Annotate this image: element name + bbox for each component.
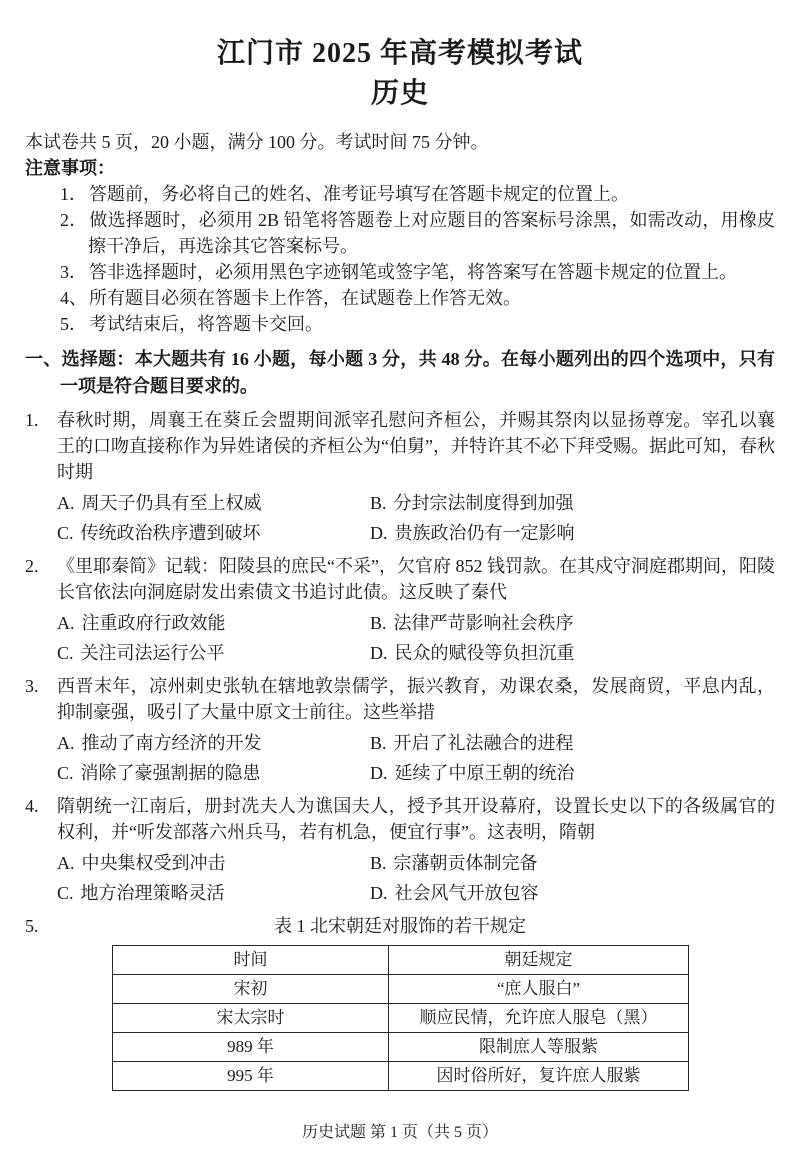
table-row: 宋初 “庶人服白” [113, 975, 689, 1004]
exam-info-line: 本试卷共 5 页，20 小题，满分 100 分。考试时间 75 分钟。 [25, 129, 775, 155]
option-c: C.传统政治秩序遭到破坏 [57, 520, 370, 546]
option-a: A.周天子仍具有至上权威 [57, 490, 370, 516]
option-label: A. [57, 853, 75, 873]
question-options: A.注重政府行政效能 B.法律严苛影响社会秩序 C.关注司法运行公平 D.民众的… [57, 610, 775, 666]
table-header-row: 时间 朝廷规定 [113, 946, 689, 975]
notice-item-text: 考试结束后，将答题卡交回。 [89, 314, 323, 334]
exam-paper-page: 江门市 2025 年高考模拟考试 历史 本试卷共 5 页，20 小题，满分 10… [0, 0, 800, 1166]
notice-item-2: 2．做选择题时，必须用 2B 铅笔将答题卷上对应题目的答案标号涂黑，如需改动，用… [60, 207, 775, 259]
option-text: 注重政府行政效能 [82, 613, 226, 633]
question-number: 5. [25, 913, 57, 1091]
option-a: A.中央集权受到冲击 [57, 850, 370, 876]
question-stem: 春秋时期，周襄王在葵丘会盟期间派宰孔慰问齐桓公，并赐其祭肉以显扬尊宠。宰孔以襄王… [57, 407, 775, 485]
question-options: A.中央集权受到冲击 B.宗藩朝贡体制完备 C.地方治理策略灵活 D.社会风气开… [57, 850, 775, 906]
option-text: 中央集权受到冲击 [82, 853, 226, 873]
option-text: 开启了礼法融合的进程 [394, 733, 574, 753]
question-5: 5. 表 1 北宋朝廷对服饰的若干规定 时间 朝廷规定 宋初 “庶人服白” 宋太… [25, 913, 775, 1091]
question-options: A.周天子仍具有至上权威 B.分封宗法制度得到加强 C.传统政治秩序遭到破坏 D… [57, 490, 775, 546]
question-number: 2. [25, 553, 57, 666]
option-label: D. [370, 763, 388, 783]
notice-item-5: 5．考试结束后，将答题卡交回。 [60, 311, 775, 337]
notice-title: 注意事项： [25, 155, 775, 181]
notice-item-number: 5． [60, 314, 87, 334]
option-text: 周天子仍具有至上权威 [82, 493, 262, 513]
table-caption: 表 1 北宋朝廷对服饰的若干规定 [57, 913, 743, 939]
notice-item-1: 1．答题前，务必将自己的姓名、准考证号填写在答题卡规定的位置上。 [60, 181, 775, 207]
option-text: 传统政治秩序遭到破坏 [81, 523, 261, 543]
option-a: A.注重政府行政效能 [57, 610, 370, 636]
option-label: A. [57, 733, 75, 753]
table-cell-time: 宋初 [113, 975, 389, 1004]
option-c: C.地方治理策略灵活 [57, 880, 370, 906]
notice-item-number: 2． [60, 210, 87, 230]
question-options: A.推动了南方经济的开发 B.开启了礼法融合的进程 C.消除了豪强割据的隐患 D… [57, 730, 775, 786]
option-d: D.延续了中原王朝的统治 [370, 760, 775, 786]
option-text: 民众的赋役等负担沉重 [395, 643, 575, 663]
option-label: C. [57, 763, 74, 783]
table-cell-regulation: “庶人服白” [389, 975, 689, 1004]
option-label: B. [370, 853, 387, 873]
option-text: 贵族政治仍有一定影响 [395, 523, 575, 543]
option-label: C. [57, 643, 74, 663]
option-b: B.法律严苛影响社会秩序 [370, 610, 775, 636]
notice-item-3: 3．答非选择题时，必须用黑色字迹钢笔或签字笔，将答案写在答题卡规定的位置上。 [60, 259, 775, 285]
option-label: C. [57, 883, 74, 903]
option-label: D. [370, 883, 388, 903]
option-label: B. [370, 493, 387, 513]
table-row: 宋太宗时 顺应民情，允许庶人服皂（黑） [113, 1004, 689, 1033]
option-text: 地方治理策略灵活 [81, 883, 225, 903]
question-1: 1. 春秋时期，周襄王在葵丘会盟期间派宰孔慰问齐桓公，并赐其祭肉以显扬尊宠。宰孔… [25, 407, 775, 546]
question-number: 3. [25, 673, 57, 786]
question-2: 2. 《里耶秦简》记载：阳陵县的庶民“不采”，欠官府 852 钱罚款。在其戍守洞… [25, 553, 775, 666]
option-label: B. [370, 733, 387, 753]
option-d: D.民众的赋役等负担沉重 [370, 640, 775, 666]
exam-subject-title: 历史 [25, 74, 775, 114]
table-cell-time: 宋太宗时 [113, 1004, 389, 1033]
page-footer: 历史试题 第 1 页（共 5 页） [0, 1119, 800, 1142]
option-label: A. [57, 613, 75, 633]
question-number: 4. [25, 793, 57, 906]
option-d: D.社会风气开放包容 [370, 880, 775, 906]
question-body: 隋朝统一江南后，册封冼夫人为谯国夫人，授予其开设幕府，设置长史以下的各级属官的权… [57, 793, 775, 906]
table-header-time: 时间 [113, 946, 389, 975]
question-4: 4. 隋朝统一江南后，册封冼夫人为谯国夫人，授予其开设幕府，设置长史以下的各级属… [25, 793, 775, 906]
option-d: D.贵族政治仍有一定影响 [370, 520, 775, 546]
notice-item-text: 答题前，务必将自己的姓名、准考证号填写在答题卡规定的位置上。 [89, 184, 629, 204]
question-body: 春秋时期，周襄王在葵丘会盟期间派宰孔慰问齐桓公，并赐其祭肉以显扬尊宠。宰孔以襄王… [57, 407, 775, 546]
notice-item-text: 答非选择题时，必须用黑色字迹钢笔或签字笔，将答案写在答题卡规定的位置上。 [89, 262, 737, 282]
option-text: 法律严苛影响社会秩序 [394, 613, 574, 633]
option-text: 社会风气开放包容 [395, 883, 539, 903]
table-cell-time: 989 年 [113, 1033, 389, 1062]
option-label: A. [57, 493, 75, 513]
table-cell-time: 995 年 [113, 1062, 389, 1091]
option-b: B.宗藩朝贡体制完备 [370, 850, 775, 876]
table-cell-regulation: 顺应民情，允许庶人服皂（黑） [389, 1004, 689, 1033]
option-text: 延续了中原王朝的统治 [395, 763, 575, 783]
section-1-heading: 一、选择题：本大题共有 16 小题，每小题 3 分，共 48 分。在每小题列出的… [25, 346, 775, 400]
option-text: 关注司法运行公平 [81, 643, 225, 663]
table-cell-regulation: 限制庶人等服紫 [389, 1033, 689, 1062]
option-c: C.关注司法运行公平 [57, 640, 370, 666]
option-text: 分封宗法制度得到加强 [394, 493, 574, 513]
question-stem: 西晋末年，凉州刺史张轨在辖地敦崇儒学，振兴教育，劝课农桑，发展商贸，平息内乱，抑… [57, 673, 775, 725]
question-stem: 《里耶秦简》记载：阳陵县的庶民“不采”，欠官府 852 钱罚款。在其戍守洞庭郡期… [57, 553, 775, 605]
option-c: C.消除了豪强割据的隐患 [57, 760, 370, 786]
option-b: B.开启了礼法融合的进程 [370, 730, 775, 756]
table-cell-regulation: 因时俗所好，复许庶人服紫 [389, 1062, 689, 1091]
notice-item-number: 4、 [60, 288, 87, 308]
option-label: D. [370, 523, 388, 543]
option-b: B.分封宗法制度得到加强 [370, 490, 775, 516]
question-body: 表 1 北宋朝廷对服饰的若干规定 时间 朝廷规定 宋初 “庶人服白” 宋太宗时 … [57, 913, 775, 1091]
option-label: D. [370, 643, 388, 663]
table-header-regulation: 朝廷规定 [389, 946, 689, 975]
option-text: 推动了南方经济的开发 [82, 733, 262, 753]
exam-title: 江门市 2025 年高考模拟考试 [25, 34, 775, 74]
notice-item-number: 1． [60, 184, 87, 204]
question-stem: 隋朝统一江南后，册封冼夫人为谯国夫人，授予其开设幕府，设置长史以下的各级属官的权… [57, 793, 775, 845]
option-a: A.推动了南方经济的开发 [57, 730, 370, 756]
notice-item-text: 所有题目必须在答题卡上作答，在试题卷上作答无效。 [89, 288, 521, 308]
notice-item-number: 3． [60, 262, 87, 282]
question-3: 3. 西晋末年，凉州刺史张轨在辖地敦崇儒学，振兴教育，劝课农桑，发展商贸，平息内… [25, 673, 775, 786]
notice-item-text: 做选择题时，必须用 2B 铅笔将答题卷上对应题目的答案标号涂黑，如需改动，用橡皮… [88, 210, 775, 256]
dress-regulations-table: 时间 朝廷规定 宋初 “庶人服白” 宋太宗时 顺应民情，允许庶人服皂（黑） 98… [112, 945, 689, 1091]
question-body: 西晋末年，凉州刺史张轨在辖地敦崇儒学，振兴教育，劝课农桑，发展商贸，平息内乱，抑… [57, 673, 775, 786]
question-body: 《里耶秦简》记载：阳陵县的庶民“不采”，欠官府 852 钱罚款。在其戍守洞庭郡期… [57, 553, 775, 666]
table-row: 989 年 限制庶人等服紫 [113, 1033, 689, 1062]
option-label: B. [370, 613, 387, 633]
option-text: 宗藩朝贡体制完备 [394, 853, 538, 873]
question-number: 1. [25, 407, 57, 546]
table-row: 995 年 因时俗所好，复许庶人服紫 [113, 1062, 689, 1091]
notice-item-4: 4、所有题目必须在答题卡上作答，在试题卷上作答无效。 [60, 285, 775, 311]
option-text: 消除了豪强割据的隐患 [81, 763, 261, 783]
option-label: C. [57, 523, 74, 543]
